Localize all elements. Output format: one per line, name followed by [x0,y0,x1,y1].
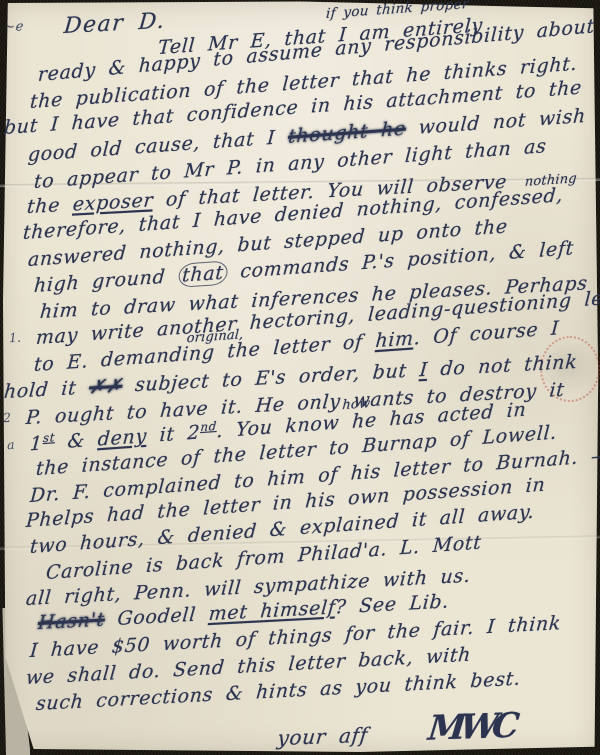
manuscript-scan: ~e Dear D. if you think proper 1. 2 a Te… [0,0,600,755]
letter-line-text: Goodell [104,603,210,631]
letter-line-text: & [54,429,99,454]
margin-mark: 2 [3,410,12,425]
signature-monogram: MWC [426,706,515,749]
margin-fragment: ~e [3,19,25,35]
letter-line-text: the [26,194,74,219]
ordinal-superscript: nd [200,419,217,434]
letter-line-text: . Of course I [413,317,560,349]
margin-mark-text: 2 [3,410,12,425]
closing-phrase: your aff [276,723,369,750]
letter-line-text: hold it [3,376,90,403]
letter-line-text: do not think [427,351,579,381]
margin-mark: 1. [9,330,22,346]
margin-mark-text: a [7,437,15,452]
underlined-word: deny [97,425,148,451]
margin-mark-text: 1. [9,330,22,346]
underlined-word: met himself [208,596,337,625]
letter-line-text: high ground [33,265,179,297]
interline-insertion: nothing [524,171,577,190]
letter-line-text: would not wish [405,105,587,140]
margin-mark: a [7,437,15,452]
salutation: Dear D. [63,9,167,39]
interline-insertion: how [342,396,371,413]
struck-words: thought he [287,117,406,147]
underlined-word: him [375,327,415,352]
ordinal-superscript: st [43,430,56,445]
struck-words: Hasn't [37,608,106,634]
letter-line-text: ? See Lib. [335,590,450,618]
handwriting-layer: ~e Dear D. if you think proper 1. 2 a Te… [0,0,600,755]
letter-line-text: it 2 [146,421,201,447]
struck-words: ✗✗ [88,375,123,399]
circled-word: that [177,260,228,288]
letter-line-text: letter of [273,330,377,359]
underlined-word: exposer [72,189,154,215]
salutation-text: Dear D. [63,9,167,39]
letter-line-text: 1 [29,432,43,455]
margin-fragment-text: ~e [3,19,25,35]
signature-line: your affMWC [276,706,515,754]
